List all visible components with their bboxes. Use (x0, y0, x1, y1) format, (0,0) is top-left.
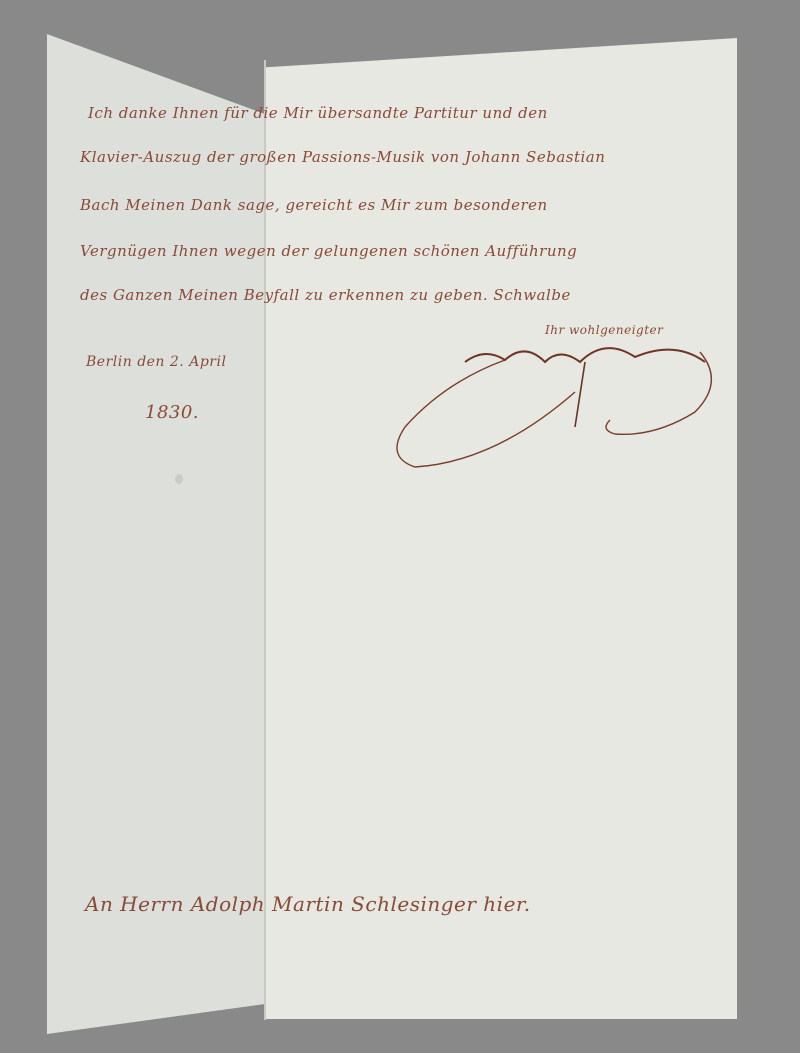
letter-line-2: Klavier-Auszug der großen Passions-Musik… (80, 148, 605, 166)
paper-spot (175, 474, 183, 484)
letter-line-3: Bach Meinen Dank sage, gereicht es Mir z… (80, 196, 548, 214)
letter-left-panel (47, 34, 265, 1034)
signature-flourish-icon (375, 332, 725, 477)
letter-line-4: Vergnügen Ihnen wegen der gelungenen sch… (80, 242, 577, 260)
letter-line-5: des Ganzen Meinen Beyfall zu erkennen zu… (80, 286, 571, 304)
letter-year: 1830. (145, 402, 199, 423)
address-line: An Herrn Adolph Martin Schlesinger hier. (85, 892, 531, 916)
letter-place-date: Berlin den 2. April (86, 354, 226, 370)
letter-right-panel (264, 38, 737, 1019)
letter-line-1: Ich danke Ihnen für die Mir übersandte P… (88, 104, 548, 122)
